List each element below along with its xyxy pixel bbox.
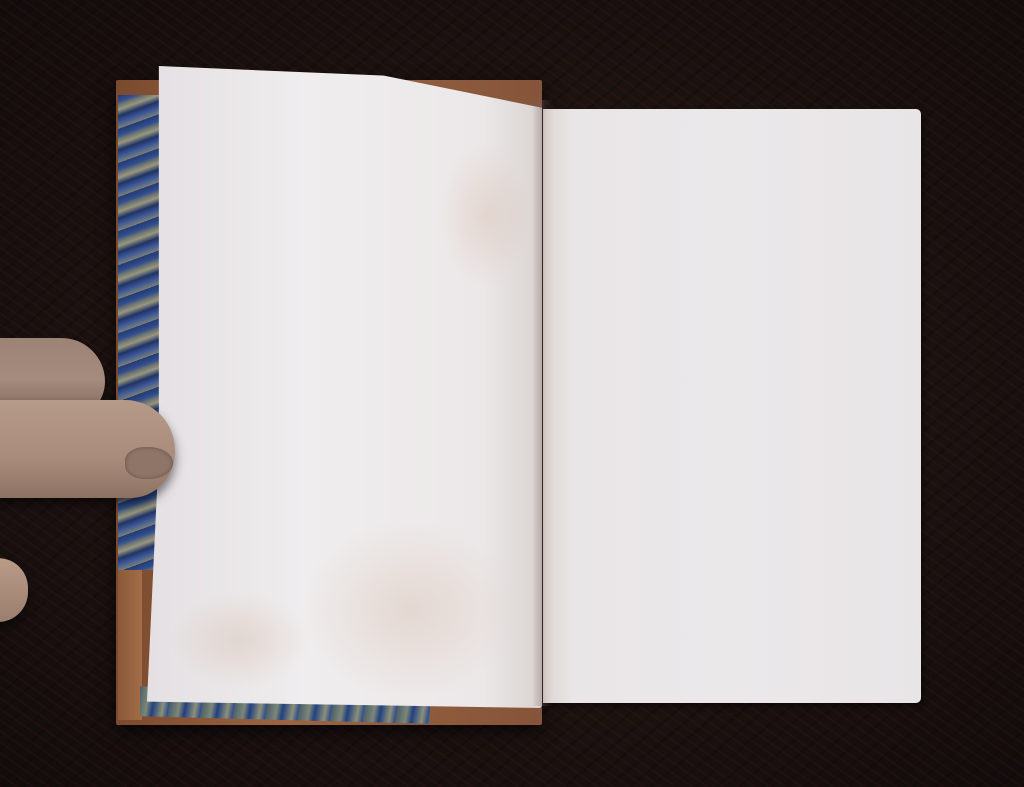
foxing-stain	[170, 590, 310, 690]
foxing-stain	[300, 520, 520, 700]
right-page	[543, 109, 921, 703]
thumbnail	[125, 447, 173, 479]
book-gutter	[532, 100, 554, 706]
cover-leather-corner	[118, 570, 142, 720]
foxing-stain	[440, 140, 530, 290]
